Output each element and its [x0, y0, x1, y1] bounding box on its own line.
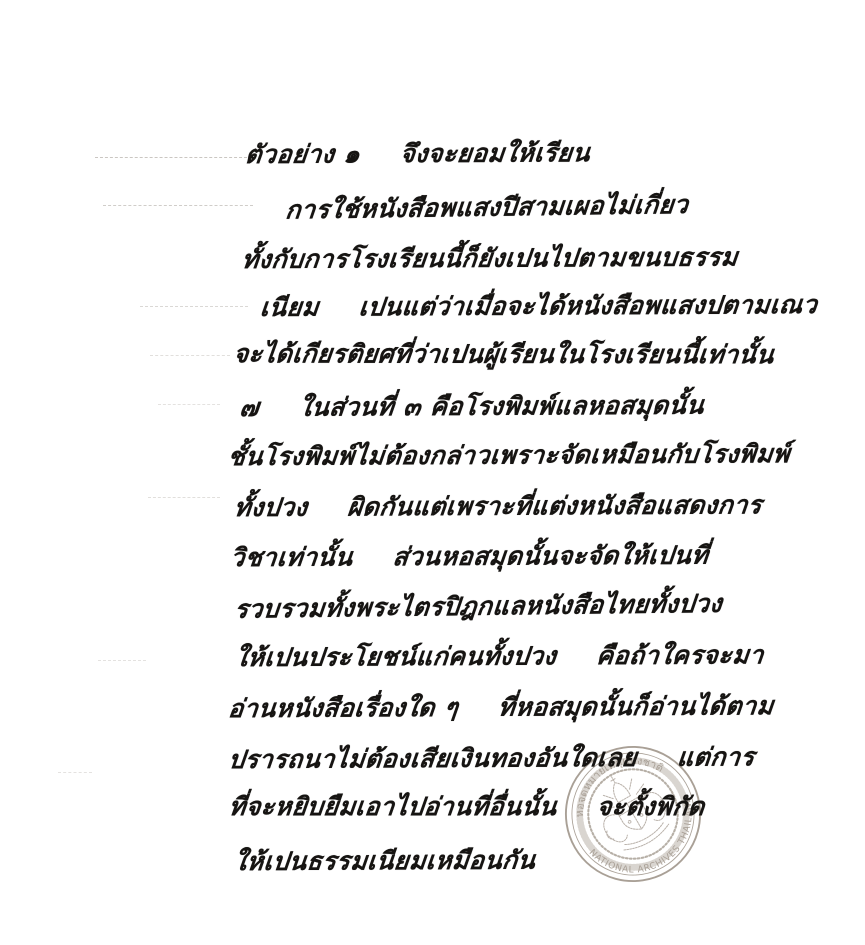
line-segment: ให้เปนประโยชน์แก่คนทั้งปวง: [234, 641, 558, 672]
line-segment: ทั้งกับการโรงเรียนนี้ก็ยังเปนไปตามขนบธรร…: [241, 242, 740, 274]
manuscript-line: วิชาเท่านั้นส่วนหอสมุดนั้นจะจัดให้เปนที่: [229, 540, 710, 575]
line-segment: การใช้หนังสือพแสงปีสามเผอไม่เกี่ยว: [284, 190, 690, 225]
line-segment: คือถ้าใครจะมา: [595, 640, 765, 670]
manuscript-text-block: ตัวอย่าง ๑จึงจะยอมให้เรียนการใช้หนังสือพ…: [0, 0, 865, 945]
manuscript-line: ที่จะหยิบยืมเอาไปอ่านที่อื่นนั้นจะตั้งพิ…: [227, 791, 706, 824]
manuscript-line: จะได้เกียรติยศที่ว่าเปนผู้เรียนในโรงเรีย…: [232, 338, 776, 371]
manuscript-line: ๗ในส่วนที่ ๓ คือโรงพิมพ์แลหอสมุดนั้น: [238, 390, 706, 425]
manuscript-line: เนียมเปนแต่ว่าเมื่อจะได้หนังสือพแสงปตามเ…: [259, 289, 819, 324]
line-segment: ให้เปนธรรมเนียมเหมือนกัน: [233, 845, 537, 876]
line-segment: ปรารถนาไม่ต้องเสียเงินทองอันใดเลย: [227, 743, 638, 774]
line-segment: จึงจะยอมให้เรียน: [399, 138, 592, 168]
line-segment: อ่านหนังสือเรื่องใด ๆ: [227, 693, 460, 723]
line-segment: วิชาเท่านั้น: [229, 542, 354, 572]
manuscript-line: อ่านหนังสือเรื่องใด ๆที่หอสมุดนั้นก็อ่าน…: [227, 690, 776, 725]
manuscript-line: รวบรวมทั้งพระไตรปิฎกแลหนังสือไทยทั้งปวง: [233, 588, 724, 626]
line-segment: ๗: [238, 393, 260, 422]
line-segment: ในส่วนที่ ๓ คือโรงพิมพ์แลหอสมุดนั้น: [298, 391, 706, 422]
manuscript-line: ชั้นโรงพิมพ์ไม่ต้องกล่าวเพราะจัดเหมือนกั…: [226, 438, 791, 473]
line-segment: ที่จะหยิบยืมเอาไปอ่านที่อื่นนั้น: [227, 792, 558, 821]
line-segment: ชั้นโรงพิมพ์ไม่ต้องกล่าวเพราะจัดเหมือนกั…: [227, 439, 792, 471]
manuscript-line: ตัวอย่าง ๑จึงจะยอมให้เรียน: [244, 137, 592, 171]
line-segment: แต่การ: [676, 742, 756, 771]
manuscript-line: ให้เปนประโยชน์แก่คนทั้งปวงคือถ้าใครจะมา: [233, 639, 765, 674]
line-segment: ที่หอสมุดนั้นก็อ่านได้ตาม: [497, 691, 775, 721]
line-segment: เปนแต่ว่าเมื่อจะได้หนังสือพแสงปตามเณว: [358, 290, 819, 321]
line-segment: จะได้เกียรติยศที่ว่าเปนผู้เรียนในโรงเรีย…: [232, 339, 775, 369]
line-segment: ตัวอย่าง ๑: [244, 139, 362, 169]
line-segment: ผิดกันแต่เพราะที่แต่งหนังสือแสดงการ: [346, 490, 763, 521]
manuscript-line: ทั้งกับการโรงเรียนนี้ก็ยังเปนไปตามขนบธรร…: [240, 241, 739, 276]
line-segment: ส่วนหอสมุดนั้นจะจัดให้เปนที่: [391, 541, 710, 572]
line-segment: เนียม: [259, 293, 321, 322]
line-segment: จะตั้งพิกัด: [595, 792, 706, 821]
line-segment: ทั้งปวง: [233, 493, 309, 522]
line-segment: รวบรวมทั้งพระไตรปิฎกแลหนังสือไทยทั้งปวง: [233, 589, 723, 624]
manuscript-line: การใช้หนังสือพแสงปีสามเผอไม่เกี่ยว: [284, 189, 690, 227]
manuscript-line: ทั้งปวงผิดกันแต่เพราะที่แต่งหนังสือแสดงก…: [233, 489, 764, 524]
manuscript-line: ให้เปนธรรมเนียมเหมือนกัน: [232, 844, 537, 878]
manuscript-line: ปรารถนาไม่ต้องเสียเงินทองอันใดเลยแต่การ: [227, 741, 756, 776]
scanned-document-page: หอจดหมายเหตุแห่งชาติ NATIONAL ARCHIVES T…: [0, 0, 865, 945]
